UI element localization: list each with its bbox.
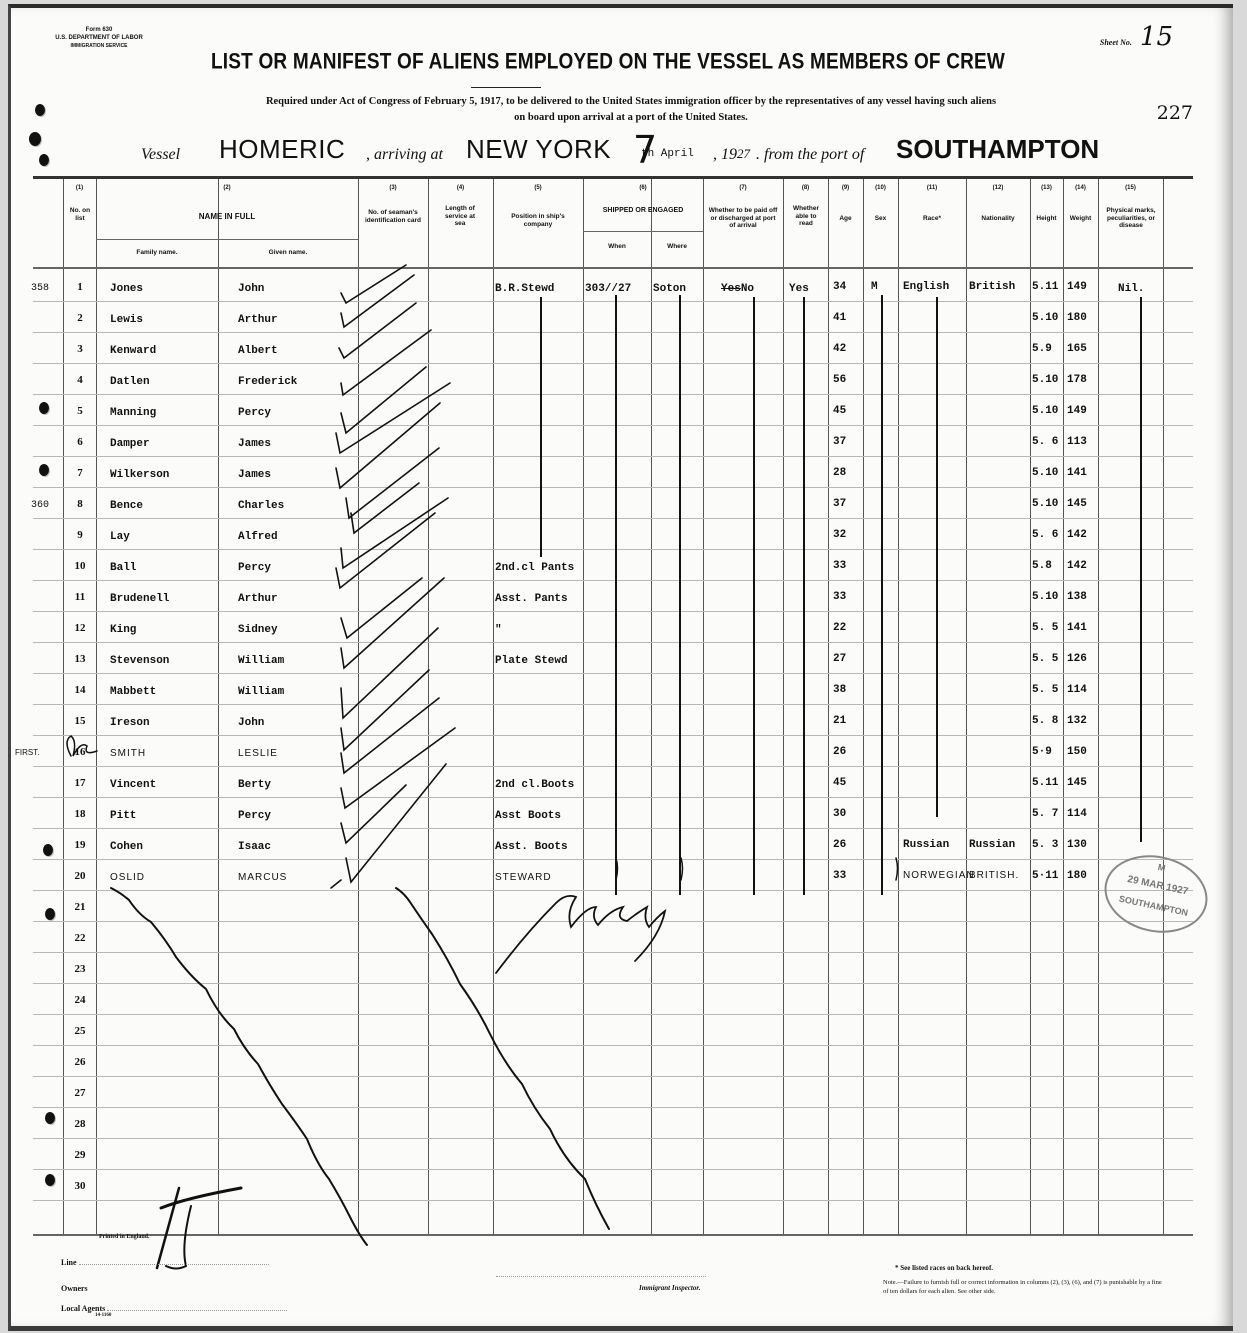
immigrant-inspector-label: Immigrant Inspector.	[639, 1284, 700, 1292]
punch-hole-icon	[45, 908, 55, 920]
owners-label: Owners	[61, 1284, 88, 1293]
printed-in-england: Printed in England.	[99, 1234, 150, 1240]
line-label: Line	[61, 1258, 269, 1267]
punch-hole-icon	[45, 1112, 55, 1124]
handwritten-marks	[11, 8, 1241, 1326]
local-agents-field[interactable]	[107, 1310, 287, 1311]
line-field[interactable]	[79, 1264, 269, 1265]
inspector-signature-line	[496, 1276, 706, 1277]
local-agents-label: Local Agents 14-1160	[61, 1304, 287, 1318]
local-agents-label-text: Local Agents	[61, 1304, 105, 1313]
punch-hole-icon	[39, 402, 49, 414]
races-note: * See listed races on back hereof.	[895, 1264, 993, 1272]
punch-hole-icon	[43, 844, 53, 856]
punch-hole-icon	[45, 1174, 55, 1186]
manifest-sheet: Form 630 U.S. DEPARTMENT OF LABOR IMMIGR…	[8, 4, 1233, 1331]
owners-label-text: Owners	[61, 1284, 88, 1293]
penalty-note: Note.—Failure to furnish full or correct…	[883, 1278, 1163, 1296]
line-label-text: Line	[61, 1258, 77, 1267]
punch-hole-icon	[39, 464, 49, 476]
form-code: 14-1160	[95, 1313, 287, 1318]
